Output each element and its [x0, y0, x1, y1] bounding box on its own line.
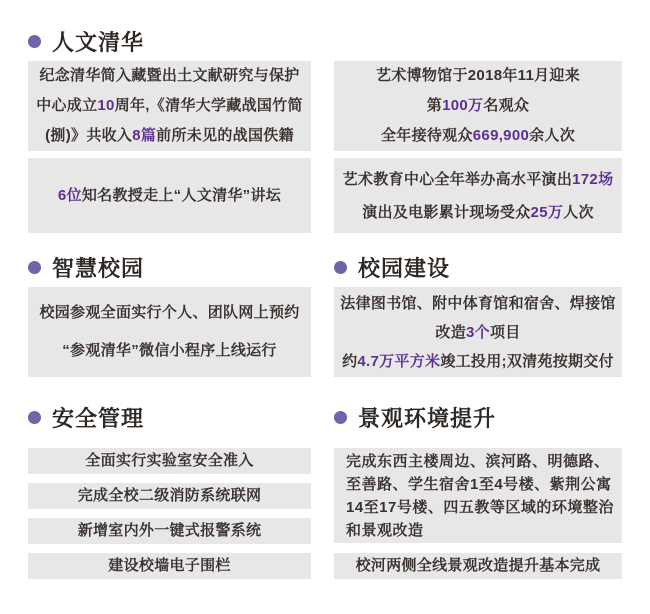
- text-segment: 完成东西主楼周边、滨河路、明德路、: [346, 453, 610, 470]
- card-river-landscape: 校河两侧全线景观改造提升基本完成: [334, 553, 622, 579]
- card-text-line: 艺术教育中心全年举办高水平演出172场: [343, 163, 614, 196]
- card-text-line: “参观清华”微信小程序上线运行: [62, 332, 277, 370]
- section-title-humanities: 人文清华: [52, 26, 144, 57]
- card-renovation-projects: 法律图书馆、附中体育馆和宿舍、焊接馆改造3个项目约4.7万平方米竣工投用;双清苑…: [334, 287, 622, 377]
- text-segment: 前所未见的战国佚籍: [156, 127, 294, 144]
- highlight-number: 4.7万平方米: [357, 353, 440, 370]
- text-segment: 人次: [563, 204, 594, 221]
- text-segment: 竣工投用;双清苑按期交付: [440, 353, 614, 370]
- text-segment: 项目: [490, 324, 521, 341]
- text-segment: 艺术教育中心全年举办高水平演出: [343, 171, 573, 188]
- card-fire-system-network: 完成全校二级消防系统联网: [28, 483, 311, 509]
- card-text-line: 14至17号楼、四五教等区域的环境整治: [346, 496, 614, 519]
- card-text-line: 法律图书馆、附中体育馆和宿舍、焊接馆: [340, 289, 615, 318]
- card-text: 全面实行实验室安全准入: [85, 448, 253, 474]
- section-title-campus-construction: 校园建设: [358, 252, 450, 283]
- bullet-icon: [28, 261, 41, 274]
- section-title-safety-management: 安全管理: [52, 402, 144, 433]
- card-art-museum-visitors: 艺术博物馆于2018年11月迎来第100万名观众全年接待观众669,900余人次: [334, 61, 622, 151]
- text-segment: 校园参观全面实行个人、团队网上预约: [39, 304, 299, 321]
- card-text-line: 全年接待观众669,900余人次: [381, 121, 575, 151]
- card-campus-visit-reservation: 校园参观全面实行个人、团队网上预约“参观清华”微信小程序上线运行: [28, 287, 311, 377]
- section-header-campus-construction: 校园建设: [334, 254, 450, 280]
- card-text-line: (捌)》共收入8篇前所未见的战国佚籍: [45, 121, 294, 151]
- text-segment: 第: [427, 97, 442, 114]
- card-humanities-forum: 6位知名教授走上“人文清华”讲坛: [28, 158, 311, 233]
- text-segment: “参观清华”微信小程序上线运行: [62, 342, 277, 359]
- section-header-landscape-improvement: 景观环境提升: [334, 404, 496, 430]
- card-environment-improvement-areas: 完成东西主楼周边、滨河路、明德路、至善路、学生宿舍1至4号楼、紫荆公寓14至17…: [334, 448, 622, 543]
- card-text-line: 第100万名观众: [427, 91, 529, 121]
- text-segment: 周年,《清华大学藏战国竹简: [115, 97, 303, 114]
- text-segment: 14至17号楼、四五教等区域的环境整治: [346, 499, 614, 516]
- section-header-safety-management: 安全管理: [28, 404, 144, 430]
- highlight-number: 6位: [58, 187, 82, 204]
- section-title-landscape-improvement: 景观环境提升: [358, 402, 496, 433]
- text-segment: 法律图书馆、附中体育馆和宿舍、焊接馆: [340, 295, 615, 312]
- card-art-education-center: 艺术教育中心全年举办高水平演出172场演出及电影累计现场受众25万人次: [334, 158, 622, 233]
- bullet-icon: [28, 35, 41, 48]
- highlight-number: 100万: [442, 97, 483, 114]
- bullet-icon: [334, 411, 347, 424]
- card-text-line: 完成东西主楼周边、滨河路、明德路、: [346, 450, 610, 473]
- card-text-line: 约4.7万平方米竣工投用;双清苑按期交付: [342, 347, 614, 376]
- card-text-line: 纪念清华简入藏暨出土文献研究与保护: [39, 61, 299, 91]
- card-text: 完成全校二级消防系统联网: [78, 483, 262, 509]
- card-text-line: 校园参观全面实行个人、团队网上预约: [39, 294, 299, 332]
- text-segment: 全年接待观众: [381, 127, 473, 144]
- text-segment: 约: [342, 353, 357, 370]
- card-text: 建设校墙电子围栏: [108, 553, 230, 579]
- card-text-line: 中心成立10周年,《清华大学藏战国竹简: [36, 91, 303, 121]
- bullet-icon: [334, 261, 347, 274]
- card-bamboo-slips-anniversary: 纪念清华简入藏暨出土文献研究与保护中心成立10周年,《清华大学藏战国竹简(捌)》…: [28, 61, 311, 151]
- card-text: 校河两侧全线景观改造提升基本完成: [356, 553, 601, 579]
- highlight-number: 172场: [572, 171, 613, 188]
- card-text-line: 和景观改造: [346, 519, 424, 542]
- card-text-line: 改造3个项目: [435, 318, 520, 347]
- text-segment: 知名教授走上“人文清华”讲坛: [82, 187, 281, 204]
- text-segment: 艺术博物馆于2018年11月迎来: [376, 67, 580, 84]
- highlight-number: 8篇: [132, 127, 156, 144]
- text-segment: 中心成立: [36, 97, 97, 114]
- section-header-smart-campus: 智慧校园: [28, 254, 144, 280]
- highlight-number: 25万: [531, 204, 564, 221]
- text-segment: 改造: [435, 324, 466, 341]
- card-text-line: 至善路、学生宿舍1至4号楼、紫荆公寓: [346, 473, 612, 496]
- text-segment: (捌)》共收入: [45, 127, 132, 144]
- text-segment: 和景观改造: [346, 522, 424, 539]
- card-electronic-fence: 建设校墙电子围栏: [28, 553, 311, 579]
- highlight-number: 3个: [466, 324, 490, 341]
- card-text-line: 演出及电影累计现场受众25万人次: [362, 196, 594, 229]
- text-segment: 余人次: [529, 127, 575, 144]
- section-title-smart-campus: 智慧校园: [52, 252, 144, 283]
- text-segment: 演出及电影累计现场受众: [362, 204, 530, 221]
- card-text: 新增室内外一键式报警系统: [78, 518, 262, 544]
- annual-report-infographic: 人文清华 纪念清华简入藏暨出土文献研究与保护中心成立10周年,《清华大学藏战国竹…: [0, 0, 650, 614]
- highlight-number: 669,900: [473, 127, 529, 144]
- text-segment: 至善路、学生宿舍1至4号楼、紫荆公寓: [346, 476, 612, 493]
- card-text-line: 艺术博物馆于2018年11月迎来: [376, 61, 580, 91]
- card-lab-safety-access: 全面实行实验室安全准入: [28, 448, 311, 474]
- bullet-icon: [28, 411, 41, 424]
- card-one-key-alarm: 新增室内外一键式报警系统: [28, 518, 311, 544]
- card-text-line: 6位知名教授走上“人文清华”讲坛: [58, 183, 281, 209]
- text-segment: 纪念清华简入藏暨出土文献研究与保护: [39, 67, 299, 84]
- text-segment: 名观众: [483, 97, 529, 114]
- highlight-number: 10: [97, 97, 114, 114]
- section-header-humanities: 人文清华: [28, 28, 144, 54]
